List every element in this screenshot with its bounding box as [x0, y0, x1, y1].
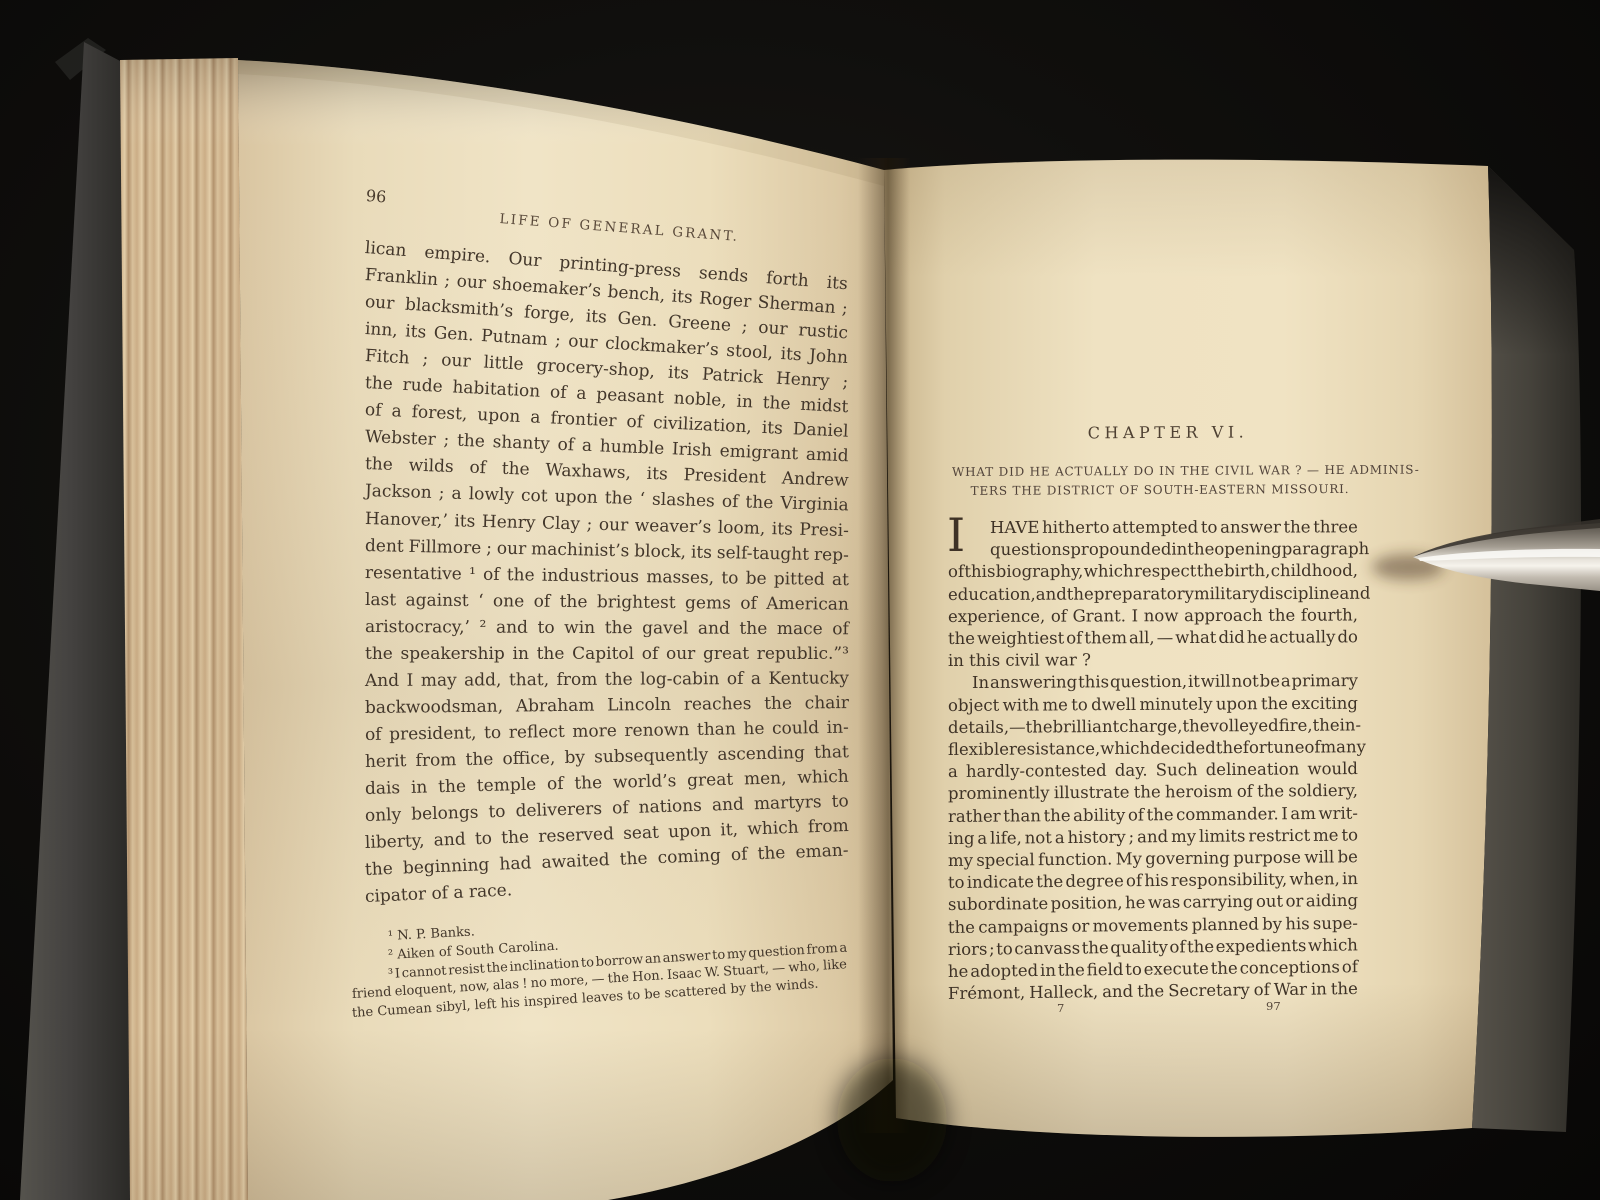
gutter-bottom-shadow	[837, 1058, 947, 1182]
gutter-shadow	[858, 158, 910, 1133]
fore-edge-shading	[120, 58, 248, 1200]
right-page-shading	[884, 160, 1492, 1137]
left-page-shading	[238, 60, 893, 1200]
book-cover	[20, 42, 132, 1200]
book-shapes	[0, 0, 1600, 1200]
book-photo: 96 LIFE OF GENERAL GRANT. licanempire.Ou…	[0, 0, 1600, 1200]
